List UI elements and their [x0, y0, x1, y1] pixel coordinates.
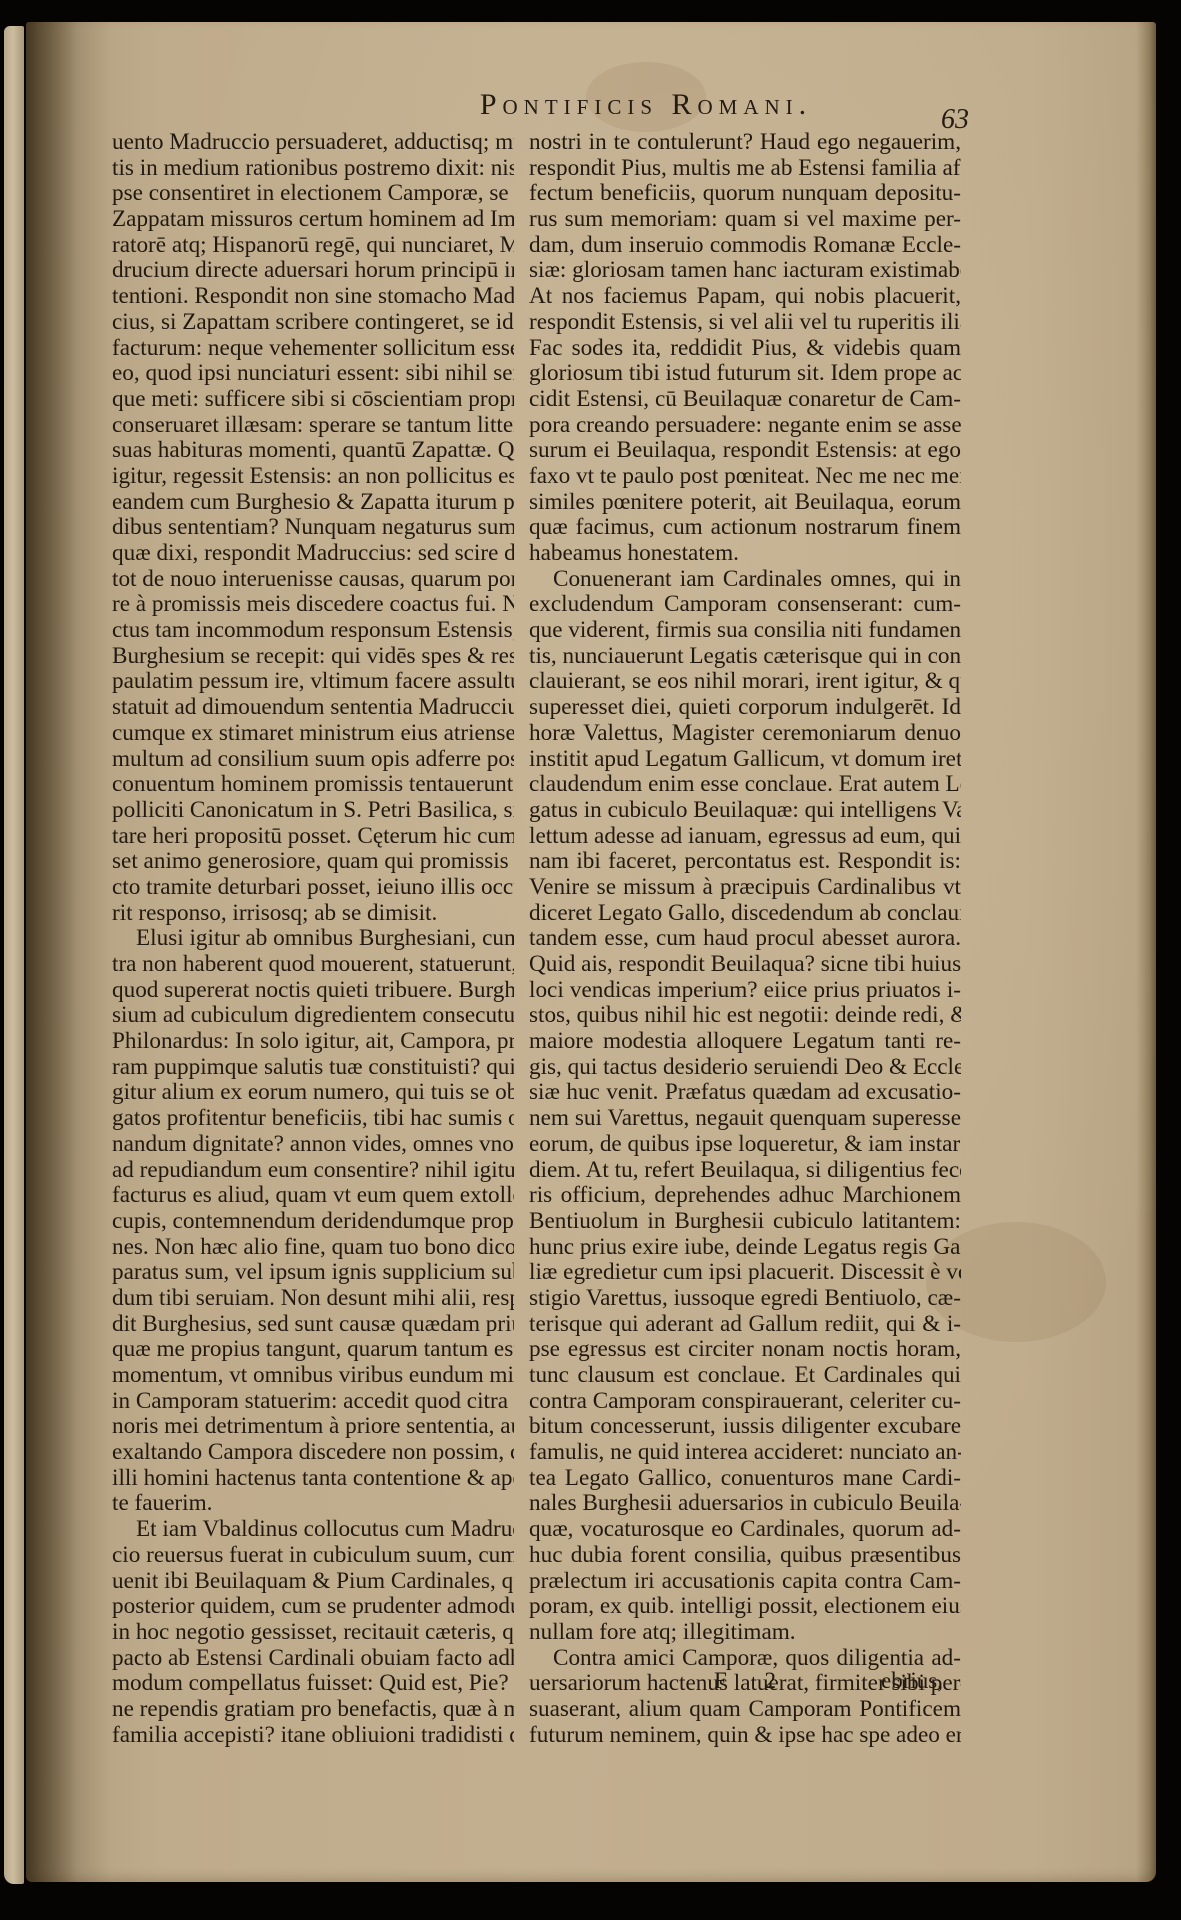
text-line: nullam fore atq; illegitimam.: [529, 1620, 961, 1646]
text-line: Philonardus: In solo igitur, ait, Campor…: [112, 1029, 514, 1055]
text-line: loci vendicas imperium? eiice prius priu…: [529, 978, 961, 1004]
text-line: Bentiuolum in Burghesii cubiculo latitan…: [529, 1209, 961, 1235]
text-line: fectum beneficiis, quorum nunquam deposi…: [529, 181, 961, 207]
text-line: tot de nouo interuenisse causas, quarum …: [112, 567, 514, 593]
text-line: ne rependis gratiam pro benefactis, quæ …: [112, 1697, 514, 1723]
text-line: poram, ex quib. intelligi possit, electi…: [529, 1594, 961, 1620]
text-line: nem sui Varettus, negauit quenquam super…: [529, 1106, 961, 1132]
left-text-column: uento Madruccio persuaderet, adductisq; …: [112, 130, 514, 1748]
text-line: At nos faciemus Papam, qui nobis placuer…: [529, 284, 961, 310]
text-line: que meti: sufficere sibi si cōscientiam …: [112, 387, 514, 413]
text-line: in Camporam statuerim: accedit quod citr…: [112, 1389, 514, 1415]
text-line: hunc prius exire iube, deinde Legatus re…: [529, 1235, 961, 1261]
text-line: dibus sententiam? Nunquam negaturus sum: [112, 515, 514, 541]
text-line: eorum, de quibus ipse loqueretur, & iam …: [529, 1132, 961, 1158]
book-scan: Pontificis Romani. 63 uento Madruccio pe…: [0, 0, 1181, 1920]
text-line: gitur alium ex eorum numero, qui tuis se…: [112, 1080, 514, 1106]
text-line: respondit Pius, multis me ab Estensi fam…: [529, 156, 961, 182]
text-line: uento Madruccio persuaderet, adductisq; …: [112, 130, 514, 156]
text-line: set animo generosiore, quam qui promissi…: [112, 849, 514, 875]
text-line: facturus es aliud, quam vt eum quem exto…: [112, 1183, 514, 1209]
text-line: re à promissis meis discedere coactus fu…: [112, 592, 514, 618]
text-line: prælectum iri accusationis capita contra…: [529, 1569, 961, 1595]
text-line: respondit Estensis, si vel alii vel tu r…: [529, 310, 961, 336]
text-line: siæ huc venit. Præfatus quædam ad excusa…: [529, 1080, 961, 1106]
text-line: Quid ais, respondit Beuilaqua? sicne tib…: [529, 952, 961, 978]
text-line: momentum, vt omnibus viribus eundum mihi: [112, 1363, 514, 1389]
text-line: cio reuersus fuerat in cubiculum suum, c…: [112, 1543, 514, 1569]
text-line: tra non haberent quod mouerent, statueru…: [112, 952, 514, 978]
text-line: que viderent, firmis sua consilia niti f…: [529, 618, 961, 644]
text-line: polliciti Canonicatum in S. Petri Basili…: [112, 798, 514, 824]
previous-page-edge: [4, 26, 24, 1884]
text-line: gatus in cubiculo Beuilaquæ: qui intelli…: [529, 798, 961, 824]
text-line: Conuenerant iam Cardinales omnes, qui in: [529, 567, 961, 593]
text-line: diem. At tu, refert Beuilaqua, si dilige…: [529, 1158, 961, 1184]
text-line: tentioni. Respondit non sine stomacho Ma…: [112, 284, 514, 310]
text-line: nam ibi faceret, percontatus est. Respon…: [529, 849, 961, 875]
catchword: ebrius,: [881, 1668, 943, 1694]
text-line: illi homini hactenus tanta contentione &…: [112, 1466, 514, 1492]
text-line: dit Burghesius, sed sunt causæ quædam pr…: [112, 1312, 514, 1338]
text-line: quæ me propius tangunt, quarum tantum es…: [112, 1337, 514, 1363]
gutter-shadow: [26, 22, 76, 1882]
text-line: gloriosum tibi istud futurum sit. Idem p…: [529, 361, 961, 387]
text-line: cto tramite deturbari posset, ieiuno ill…: [112, 875, 514, 901]
text-line: similes pœnitere poterit, ait Beuilaqua,…: [529, 490, 961, 516]
text-line: Fac sodes ita, reddidit Pius, & videbis …: [529, 336, 961, 362]
text-line: cupis, contemnendum deridendumque propi-: [112, 1209, 514, 1235]
text-line: drucium directe aduersari horum principū…: [112, 258, 514, 284]
right-text-column: nostri in te contulerunt? Haud ego negau…: [529, 130, 961, 1748]
text-line: multum ad consilium suum opis adferre po…: [112, 747, 514, 773]
text-line: habeamus honestatem.: [529, 541, 961, 567]
text-line: pse consentiret in electionem Camporæ, s…: [112, 181, 514, 207]
text-line: nes. Non hæc alio fine, quam tuo bono di…: [112, 1235, 514, 1261]
text-line: suaserant, alium quam Camporam Pontifice…: [529, 1697, 961, 1723]
printer-signature: F 2: [714, 1668, 792, 1694]
text-line: statuit ad dimouendum sententia Madrucci…: [112, 695, 514, 721]
text-line: faxo vt te paulo post pœniteat. Nec me n…: [529, 464, 961, 490]
text-line: Burghesium se recepit: qui vidēs spes & …: [112, 644, 514, 670]
text-line: stigio Varettus, iussoque egredi Bentiuo…: [529, 1286, 961, 1312]
text-line: in hoc negotio gessisset, recitauit cæte…: [112, 1620, 514, 1646]
text-line: ad repudiandum eum consentire? nihil igi…: [112, 1158, 514, 1184]
text-line: quæ facimus, cum actionum nostrarum fine…: [529, 515, 961, 541]
text-line: gatos profitentur beneficiis, tibi hac s…: [112, 1106, 514, 1132]
text-line: ctus tam incommodum responsum Estensis, …: [112, 618, 514, 644]
text-line: pacto ab Estensi Cardinali obuiam facto …: [112, 1646, 514, 1672]
text-line: facturum: neque vehementer sollicitum es…: [112, 336, 514, 362]
text-line: Et iam Vbaldinus collocutus cum Madruc-: [112, 1517, 514, 1543]
text-line: uenit ibi Beuilaquam & Pium Cardinales, …: [112, 1569, 514, 1595]
text-line: posterior quidem, cum se prudenter admod…: [112, 1594, 514, 1620]
text-line: tare heri propositū posset. Cęterum hic …: [112, 824, 514, 850]
running-head: Pontificis Romani.: [26, 88, 1156, 122]
text-line: gis, qui tactus desiderio seruiendi Deo …: [529, 1055, 961, 1081]
text-line: rit responso, irrisosq; ab se dimisit.: [112, 901, 514, 927]
text-line: conuentum hominem promissis tentauerunt,: [112, 772, 514, 798]
text-line: quæ, vocaturosque eo Cardinales, quorum …: [529, 1517, 961, 1543]
text-line: ram puppimque salutis tuæ constituisti? …: [112, 1055, 514, 1081]
text-line: ris officium, deprehendes adhuc Marchion…: [529, 1183, 961, 1209]
text-line: institit apud Legatum Gallicum, vt domum…: [529, 747, 961, 773]
text-line: rus sum memoriam: quam si vel maxime per…: [529, 207, 961, 233]
text-line: quod supererat noctis quieti tribuere. B…: [112, 978, 514, 1004]
text-line: cius, si Zapattam scribere contingeret, …: [112, 310, 514, 336]
text-line: bitum concesserunt, iussis diligenter ex…: [529, 1414, 961, 1440]
text-line: paratus sum, vel ipsum ignis supplicium …: [112, 1260, 514, 1286]
text-line: quæ dixi, respondit Madruccius: sed scir…: [112, 541, 514, 567]
text-line: nostri in te contulerunt? Haud ego negau…: [529, 130, 961, 156]
text-line: lettum adesse ad ianuam, egressus ad eum…: [529, 824, 961, 850]
text-line: terisque qui aderant ad Gallum rediit, q…: [529, 1312, 961, 1338]
text-line: huc dubia forent consilia, quibus præsen…: [529, 1543, 961, 1569]
text-line: diceret Legato Gallo, discedendum ab con…: [529, 901, 961, 927]
text-line: tandem esse, cum haud procul abesset aur…: [529, 926, 961, 952]
text-line: pora creando persuadere: negante enim se…: [529, 413, 961, 439]
book-page: Pontificis Romani. 63 uento Madruccio pe…: [26, 22, 1156, 1882]
text-line: excludendum Camporam consenserant: cum-: [529, 592, 961, 618]
text-line: cumque ex stimaret ministrum eius atrien…: [112, 721, 514, 747]
text-line: te fauerim.: [112, 1491, 514, 1517]
text-line: futurum neminem, quin & ipse hac spe ade…: [529, 1723, 961, 1749]
text-line: surum ei Beuilaqua, respondit Estensis: …: [529, 438, 961, 464]
text-line: tis, nunciauerunt Legatis cæterisque qui…: [529, 644, 961, 670]
text-line: Elusi igitur ab omnibus Burghesiani, cum…: [112, 926, 514, 952]
text-line: clauierant, se eos nihil morari, irent i…: [529, 669, 961, 695]
text-line: stos, quibus nihil hic est negotii: dein…: [529, 1003, 961, 1029]
text-line: claudendum enim esse conclaue. Erat aute…: [529, 772, 961, 798]
text-line: familia accepisti? itane obliuioni tradi…: [112, 1723, 514, 1749]
text-line: dam, dum inseruio commodis Romanæ Eccle-: [529, 233, 961, 259]
text-line: exaltando Campora discedere non possim, …: [112, 1440, 514, 1466]
text-line: dum tibi seruiam. Non desunt mihi alii, …: [112, 1286, 514, 1312]
running-head-text: Pontificis Romani.: [370, 88, 812, 121]
text-line: famulis, ne quid interea accideret: nunc…: [529, 1440, 961, 1466]
text-line: paulatim pessum ire, vltimum facere assu…: [112, 669, 514, 695]
text-line: tunc clausum est conclaue. Et Cardinales…: [529, 1363, 961, 1389]
text-line: igitur, regessit Estensis: an non pollic…: [112, 464, 514, 490]
text-line: eo, quod ipsi nunciaturi essent: sibi ni…: [112, 361, 514, 387]
text-line: liæ egredietur cum ipsi placuerit. Disce…: [529, 1260, 961, 1286]
text-line: tis in medium rationibus postremo dixit:…: [112, 156, 514, 182]
text-line: noris mei detrimentum à priore sententia…: [112, 1414, 514, 1440]
text-line: Zappatam missuros certum hominem ad Impe…: [112, 207, 514, 233]
text-line: conseruaret illæsam: sperare se tantum l…: [112, 413, 514, 439]
text-line: sium ad cubiculum digredientem consecutu…: [112, 1003, 514, 1029]
text-line: eandem cum Burghesio & Zapatta iturum pe…: [112, 490, 514, 516]
text-line: ratorē atq; Hispanorū regē, qui nunciare…: [112, 233, 514, 259]
text-line: contra Camporam conspirauerant, celerite…: [529, 1389, 961, 1415]
text-line: horæ Valettus, Magister ceremoniarum den…: [529, 721, 961, 747]
text-line: suas habituras momenti, quantū Zapattæ. …: [112, 438, 514, 464]
text-line: pse egressus est circiter nonam noctis h…: [529, 1337, 961, 1363]
text-line: cidit Estensi, cū Beuilaquæ conaretur de…: [529, 387, 961, 413]
text-line: superesset diei, quieti corporum indulge…: [529, 695, 961, 721]
text-line: nales Burghesii aduersarios in cubiculo …: [529, 1491, 961, 1517]
text-line: tea Legato Gallico, conuenturos mane Car…: [529, 1466, 961, 1492]
text-line: maiore modestia alloquere Legatum tanti …: [529, 1029, 961, 1055]
text-line: nandum dignitate? annon vides, omnes vno…: [112, 1132, 514, 1158]
text-line: siæ: gloriosam tamen hanc iacturam exist…: [529, 258, 961, 284]
text-line: Venire se missum à præcipuis Cardinalibu…: [529, 875, 961, 901]
text-line: modum compellatus fuisset: Quid est, Pie…: [112, 1671, 514, 1697]
